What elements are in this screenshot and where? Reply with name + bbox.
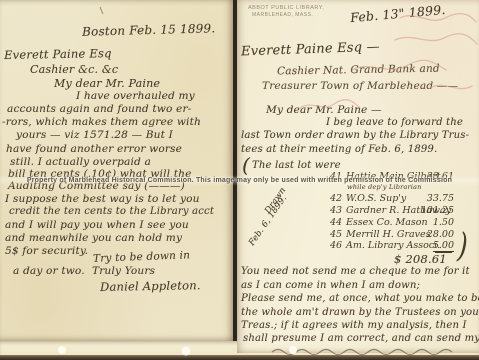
open-paren: (	[242, 153, 250, 177]
order-amount: 33.75	[427, 193, 454, 204]
order-amount: 28.00	[427, 229, 454, 240]
handwriting-line: the whole am't drawn by the Trustees on …	[241, 307, 479, 318]
close-paren: )	[457, 225, 469, 266]
handwriting-line: credit the ten cents to the Library acct	[9, 206, 214, 217]
handwriting-line: as I can come in when I am down;	[241, 280, 420, 291]
handwriting-line: accounts again and found two er-	[7, 103, 191, 115]
scanned-letters-image: Boston Feb. 15 1899. Everett Paine Esq C…	[0, 0, 479, 360]
order-amount: 33.61	[427, 171, 454, 182]
order-row: 46Am. Library Associ.5.00	[330, 240, 454, 251]
order-row-note: while dep'y Librarian	[347, 183, 422, 191]
order-amount: 1.50	[433, 217, 454, 228]
order-amount: 5.00	[433, 240, 454, 252]
order-payee: Am. Library Associ.	[346, 240, 440, 251]
order-amount: 101.25	[421, 205, 454, 216]
handwriting-line: Treas.; if it agrees with my analysis, t…	[241, 320, 467, 331]
left-valediction: Truly Yours	[92, 265, 155, 277]
left-addressee-title: Cashier &c. &c	[30, 63, 118, 76]
handwriting-line: The last lot were	[252, 160, 341, 171]
handwriting-line: Try to be down in	[93, 249, 190, 264]
right-addressee-title2: Treasurer Town of Marblehead ——	[262, 80, 458, 92]
order-payee: Merrill H. Graves	[346, 229, 431, 240]
order-row: 41Hattie Main Gilbert33.61	[330, 171, 454, 182]
left-dateline: Boston Feb. 15 1899.	[82, 21, 216, 38]
handwriting-line: I suppose the best way is to let you	[5, 193, 200, 205]
handwriting-line: tees at their meeting of Feb. 6, 1899.	[241, 144, 437, 155]
text-layer: Boston Feb. 15 1899. Everett Paine Esq C…	[0, 0, 479, 360]
right-salutation: My dear Mr. Paine —	[266, 104, 382, 116]
left-salutation: My dear Mr. Paine	[54, 77, 160, 90]
handwriting-line: You need not send me a cheque to me for …	[241, 266, 470, 277]
right-dateline: Feb. 13" 1899.	[350, 2, 447, 25]
handwriting-line: shall presume I am correct, and can send…	[243, 333, 479, 344]
left-addressee: Everett Paine Esq	[4, 46, 112, 62]
order-row: 44Essex Co. Mason1.50	[330, 217, 454, 228]
order-row: 42W.O.S. Sup'y33.75	[330, 193, 454, 204]
order-row: 45Merrill H. Graves28.00	[330, 229, 454, 240]
handwriting-line: -rors, which makes them agree with	[2, 116, 201, 128]
order-total: $ 208.61	[394, 252, 447, 266]
order-payee: W.O.S. Sup'y	[346, 193, 406, 204]
right-addressee-title1: Cashier Nat. Grand Bank and	[277, 63, 440, 78]
handwriting-line: Auditing Committee say (———)	[8, 180, 185, 192]
handwriting-line: Please send me, at once, what you make t…	[241, 293, 479, 304]
order-payee: Essex Co. Mason	[346, 217, 428, 228]
handwriting-line: have found another error worse	[6, 143, 182, 155]
handwriting-line: 5$ for security.	[5, 245, 88, 257]
handwriting-line: last Town order drawn by the Library Tru…	[241, 130, 469, 141]
letterhead-line2: Marblehead, Mass.	[252, 12, 313, 18]
handwriting-line: bill ten cents (.10¢) what will the	[8, 168, 192, 180]
order-row: 43Gardner R. Hathaway101.25	[330, 205, 454, 216]
scan-bottom-edge	[0, 355, 479, 360]
handwriting-line: still. I actually overpaid a	[10, 156, 151, 168]
right-addressee: Everett Paine Esq —	[241, 40, 380, 60]
order-number: 41	[330, 171, 346, 182]
order-number: 45	[330, 229, 346, 240]
left-signature: Daniel Appleton.	[100, 278, 201, 294]
order-number: 46	[330, 240, 346, 251]
handwriting-line: yours — viz 1571.28 — But I	[16, 129, 173, 141]
handwriting-line: I have overhauled my	[76, 90, 195, 102]
order-number: 43	[330, 205, 346, 216]
order-number: 44	[330, 217, 346, 228]
letterhead-line1: Abbot Public Library,	[248, 5, 324, 11]
order-number: 42	[330, 193, 346, 204]
handwriting-line: and meanwhile you can hold my	[5, 232, 182, 244]
handwriting-line: I beg leave to forward the	[326, 117, 463, 128]
handwriting-line: and I will pay you when I see you	[5, 219, 189, 231]
handwriting-line: a day or two.	[13, 265, 85, 277]
